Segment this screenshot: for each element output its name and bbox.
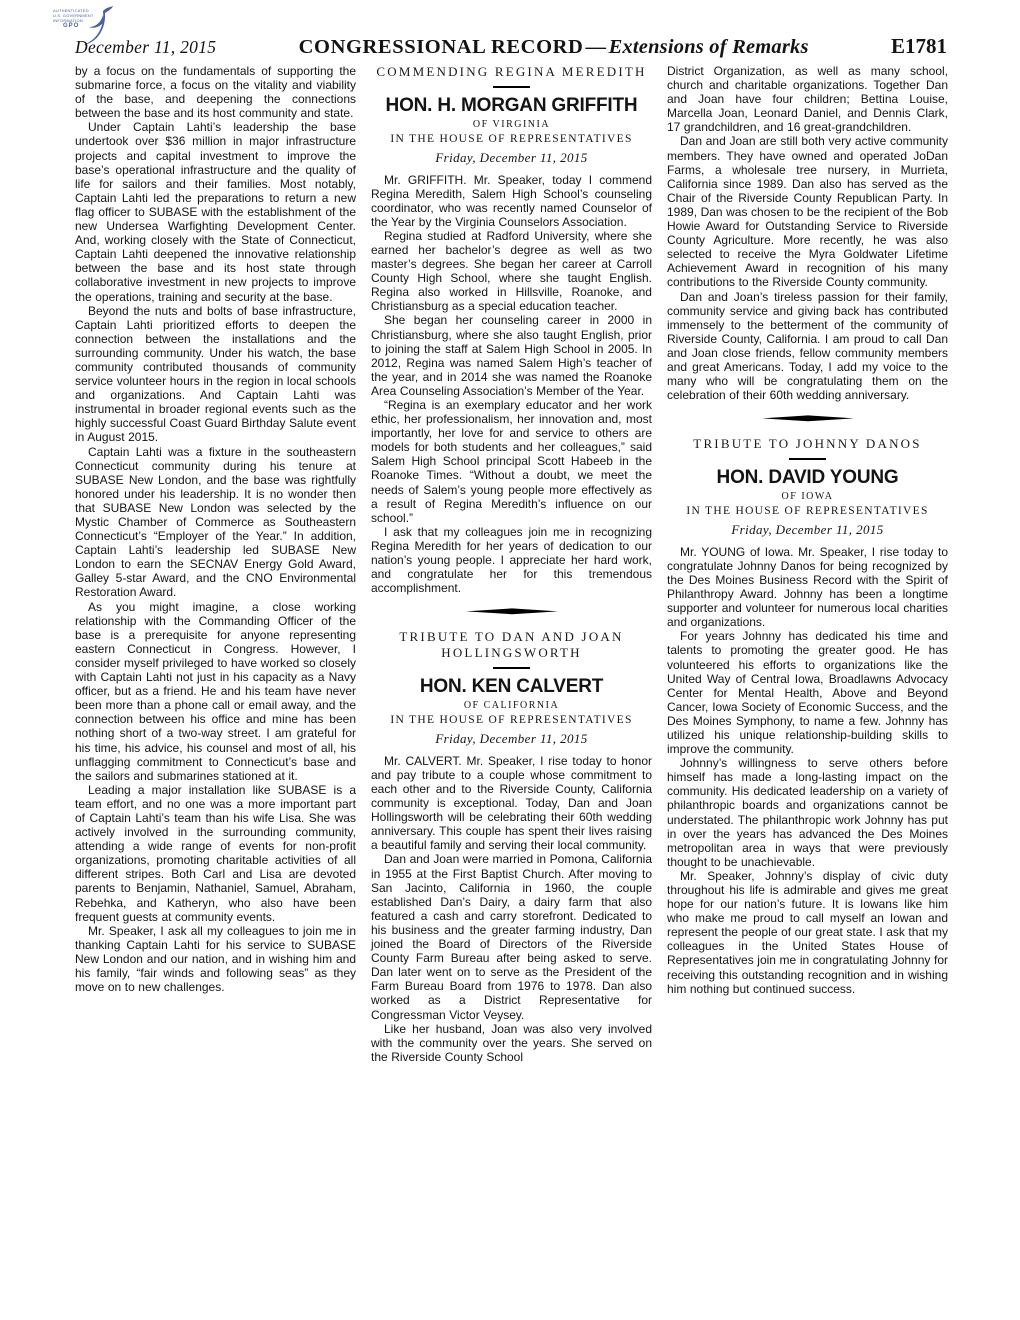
body-paragraph: Mr. Speaker, I ask all my colleagues to … bbox=[75, 924, 356, 994]
column-1: by a focus on the fundamentals of suppor… bbox=[75, 64, 356, 1254]
body-paragraph: Mr. YOUNG of Iowa. Mr. Speaker, I rise t… bbox=[667, 545, 948, 630]
column-2: COMMENDING REGINA MEREDITHHON. H. MORGAN… bbox=[371, 64, 652, 1254]
article-title: TRIBUTE TO DAN AND JOAN HOLLINGSWORTH bbox=[371, 629, 652, 661]
body-paragraph: Mr. Speaker, Johnny’s display of civic d… bbox=[667, 869, 948, 996]
member-name: HON. H. MORGAN GRIFFITH bbox=[371, 95, 652, 116]
body-paragraph: District Organization, as well as many s… bbox=[667, 64, 948, 134]
body-paragraph: Under Captain Lahti’s leadership the bas… bbox=[75, 120, 356, 303]
header-dash: — bbox=[583, 36, 608, 58]
proceeding-date: Friday, December 11, 2015 bbox=[667, 522, 948, 538]
body-paragraph: I ask that my colleagues join me in reco… bbox=[371, 525, 652, 595]
body-paragraph: Leading a major installation like SUBASE… bbox=[75, 783, 356, 924]
member-state: OF VIRGINIA bbox=[371, 119, 652, 130]
chamber-line: IN THE HOUSE OF REPRESENTATIVES bbox=[667, 505, 948, 517]
body-paragraph: Beyond the nuts and bolts of base infras… bbox=[75, 304, 356, 445]
congressional-record-page: AUTHENTICATED U.S. GOVERNMENT INFORMATIO… bbox=[0, 0, 1020, 1320]
proceeding-date: Friday, December 11, 2015 bbox=[371, 731, 652, 747]
body-paragraph: For years Johnny has dedicated his time … bbox=[667, 629, 948, 756]
body-paragraph: Mr. CALVERT. Mr. Speaker, I rise today t… bbox=[371, 754, 652, 853]
header-page-number: E1781 bbox=[891, 34, 947, 59]
header-subtitle: Extensions of Remarks bbox=[609, 36, 809, 58]
member-state: OF IOWA bbox=[667, 491, 948, 502]
article-columns: by a focus on the fundamentals of suppor… bbox=[75, 64, 947, 1254]
header-title-main: CONGRESSIONAL RECORD bbox=[299, 36, 584, 58]
body-paragraph: Johnny’s willingness to serve others bef… bbox=[667, 756, 948, 869]
body-paragraph: Dan and Joan were married in Pomona, Cal… bbox=[371, 852, 652, 1021]
body-paragraph: Regina studied at Radford University, wh… bbox=[371, 229, 652, 314]
header-date: December 11, 2015 bbox=[75, 37, 216, 58]
body-paragraph: Like her husband, Joan was also very inv… bbox=[371, 1022, 652, 1064]
proceeding-date: Friday, December 11, 2015 bbox=[371, 150, 652, 166]
heading-rule bbox=[493, 667, 530, 669]
column-3: District Organization, as well as many s… bbox=[667, 64, 948, 1254]
member-name: HON. KEN CALVERT bbox=[371, 676, 652, 697]
member-name: HON. DAVID YOUNG bbox=[667, 467, 948, 488]
article-title: COMMENDING REGINA MEREDITH bbox=[371, 64, 652, 80]
article-separator bbox=[667, 415, 948, 422]
body-paragraph: As you might imagine, a close working re… bbox=[75, 600, 356, 783]
article-separator bbox=[371, 608, 652, 615]
chamber-line: IN THE HOUSE OF REPRESENTATIVES bbox=[371, 133, 652, 145]
body-paragraph: by a focus on the fundamentals of suppor… bbox=[75, 64, 356, 120]
body-paragraph: Dan and Joan are still both very active … bbox=[667, 134, 948, 289]
article-title: TRIBUTE TO JOHNNY DANOS bbox=[667, 436, 948, 452]
page-header: December 11, 2015 CONGRESSIONAL RECORD—E… bbox=[75, 34, 947, 60]
body-paragraph: Captain Lahti was a fixture in the south… bbox=[75, 445, 356, 600]
body-paragraph: Mr. GRIFFITH. Mr. Speaker, today I comme… bbox=[371, 173, 652, 229]
body-paragraph: Dan and Joan’s tireless passion for thei… bbox=[667, 290, 948, 403]
heading-rule bbox=[789, 458, 826, 460]
chamber-line: IN THE HOUSE OF REPRESENTATIVES bbox=[371, 714, 652, 726]
body-paragraph: “Regina is an exemplary educator and her… bbox=[371, 398, 652, 525]
body-paragraph: She began her counseling career in 2000 … bbox=[371, 313, 652, 398]
header-title: CONGRESSIONAL RECORD—Extensions of Remar… bbox=[216, 36, 891, 59]
heading-rule bbox=[493, 86, 530, 88]
member-state: OF CALIFORNIA bbox=[371, 700, 652, 711]
